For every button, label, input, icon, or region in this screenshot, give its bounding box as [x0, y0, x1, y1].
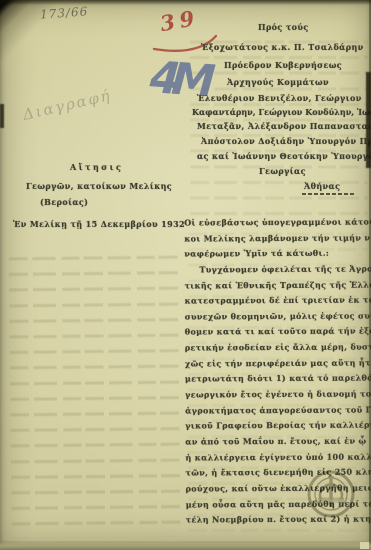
recipient-line: Ἐλευθέριον Βενιζέλον, Γεώργιον	[197, 93, 362, 103]
scan-edge-notch	[360, 542, 369, 549]
recipient-line: Ἀρχηγούς Κομμάτων	[227, 77, 329, 87]
dateline: Ἐν Μελίκῃ τῇ 15 Δεκεμβρίου 1932	[13, 219, 185, 229]
recipient-line: Ἀπόστολον Δοξιάδην Ὑπουργόν Προνοί-	[201, 136, 371, 146]
recipient-line: Ἐξοχωτάτους κ.κ. Π. Τσαλδάρην	[201, 42, 364, 52]
recipient-line: Μεταξᾶν, Ἀλέξανδρον Παπαναστασίου,	[197, 121, 371, 131]
recipient-city: Ἀθήνας	[304, 181, 340, 191]
body-line: ἀγροκτήματος ἀπαγορεύσαντος τοῦ Γεωρ-	[185, 402, 371, 419]
sender-line: Γεωργῶν, κατοίκων Μελίκης	[26, 181, 172, 191]
scan-edge-bottom	[0, 541, 371, 550]
recipient-line: Πρός τούς	[258, 22, 309, 32]
body-line: χῶς εἰς τήν περιφέρειάν μας αὕτη ἦτο	[185, 355, 371, 372]
body-line: τικῆς καί Ἐθνικῆς Τραπέζης τῆς Ἑλλάδος	[185, 277, 371, 294]
archive-stamp: ΕΛΙΑ	[304, 467, 358, 521]
body-line: ἡ καλλιέργεια ἐγίγνετο ὑπό 100 καλλη-	[185, 449, 371, 466]
scan-edge-corner	[0, 0, 62, 62]
scanned-letter-page: 173/66 39 4Μ Διαγραφή Πρός τούς Ἐξοχωτάτ…	[0, 0, 371, 550]
recipient-line: Γεωργίας	[259, 166, 306, 176]
body-line: μετριωτάτη διότι 1) κατά τό παρελθόν	[185, 371, 371, 388]
scan-edge-top	[0, 0, 371, 5]
body-line: γεωργικόν ἔτος ἐγένετο ἡ διανομή τοῦ	[185, 387, 371, 404]
body-line: Τυγχάνομεν ὀφειλέται τῆς τε Ἀγρο-	[184, 261, 370, 278]
body-line: ναφέρωμεν Ὑμῖν τά κάτωθι.:	[184, 246, 370, 263]
typed-dash-underline	[302, 193, 356, 195]
body-line: συνεχῶν θεομηνιῶν, μόλις ἐφέτος συνήλ-	[185, 308, 371, 325]
stamp-label: ΕΛΙΑ	[325, 499, 338, 505]
recipient-line: ας καί Ἰωάννην Θεοτόκην Ὑπουργόν	[197, 151, 371, 161]
body-line: κατεστραμμένοι δέ ἐπί τριετίαν ἐκ τῶν	[185, 293, 371, 310]
bleed-through-texture	[8, 245, 183, 539]
scan-edge-mark-left	[0, 104, 4, 128]
pencil-note-annotation: Διαγραφή	[21, 86, 113, 124]
body-line: κοι Μελίκης λαμβάνομεν τήν τιμήν ν' ἀ-	[184, 230, 370, 247]
recipient-line: Καφαντάρην, Γεώργιον Κονδύλην, Ἰωάννην	[192, 107, 371, 117]
body-line: ρετικήν ἐσοδείαν εἰς ἄλλα μέρη, δυστυ-	[185, 340, 371, 357]
sender-line: (Βεροίας)	[40, 197, 88, 207]
body-line: θομεν κατά τι καί τοῦτο παρά τήν ἐξαι-	[185, 324, 371, 341]
body-line: αν ἀπό τοῦ Μαΐου π. ἔτους, καί ἐν ᾧ	[185, 433, 371, 450]
petition-title: Αἴτησις	[70, 162, 123, 172]
recipient-line: Πρόεδρον Κυβερνήσεως	[224, 60, 342, 70]
body-line: Οἱ εὐσεβάστως ὑπογεγραμμένοι κάτοι-	[184, 215, 370, 232]
body-line: γικοῦ Γραφείου Βεροίας τήν καλλιέργει-	[185, 418, 371, 435]
